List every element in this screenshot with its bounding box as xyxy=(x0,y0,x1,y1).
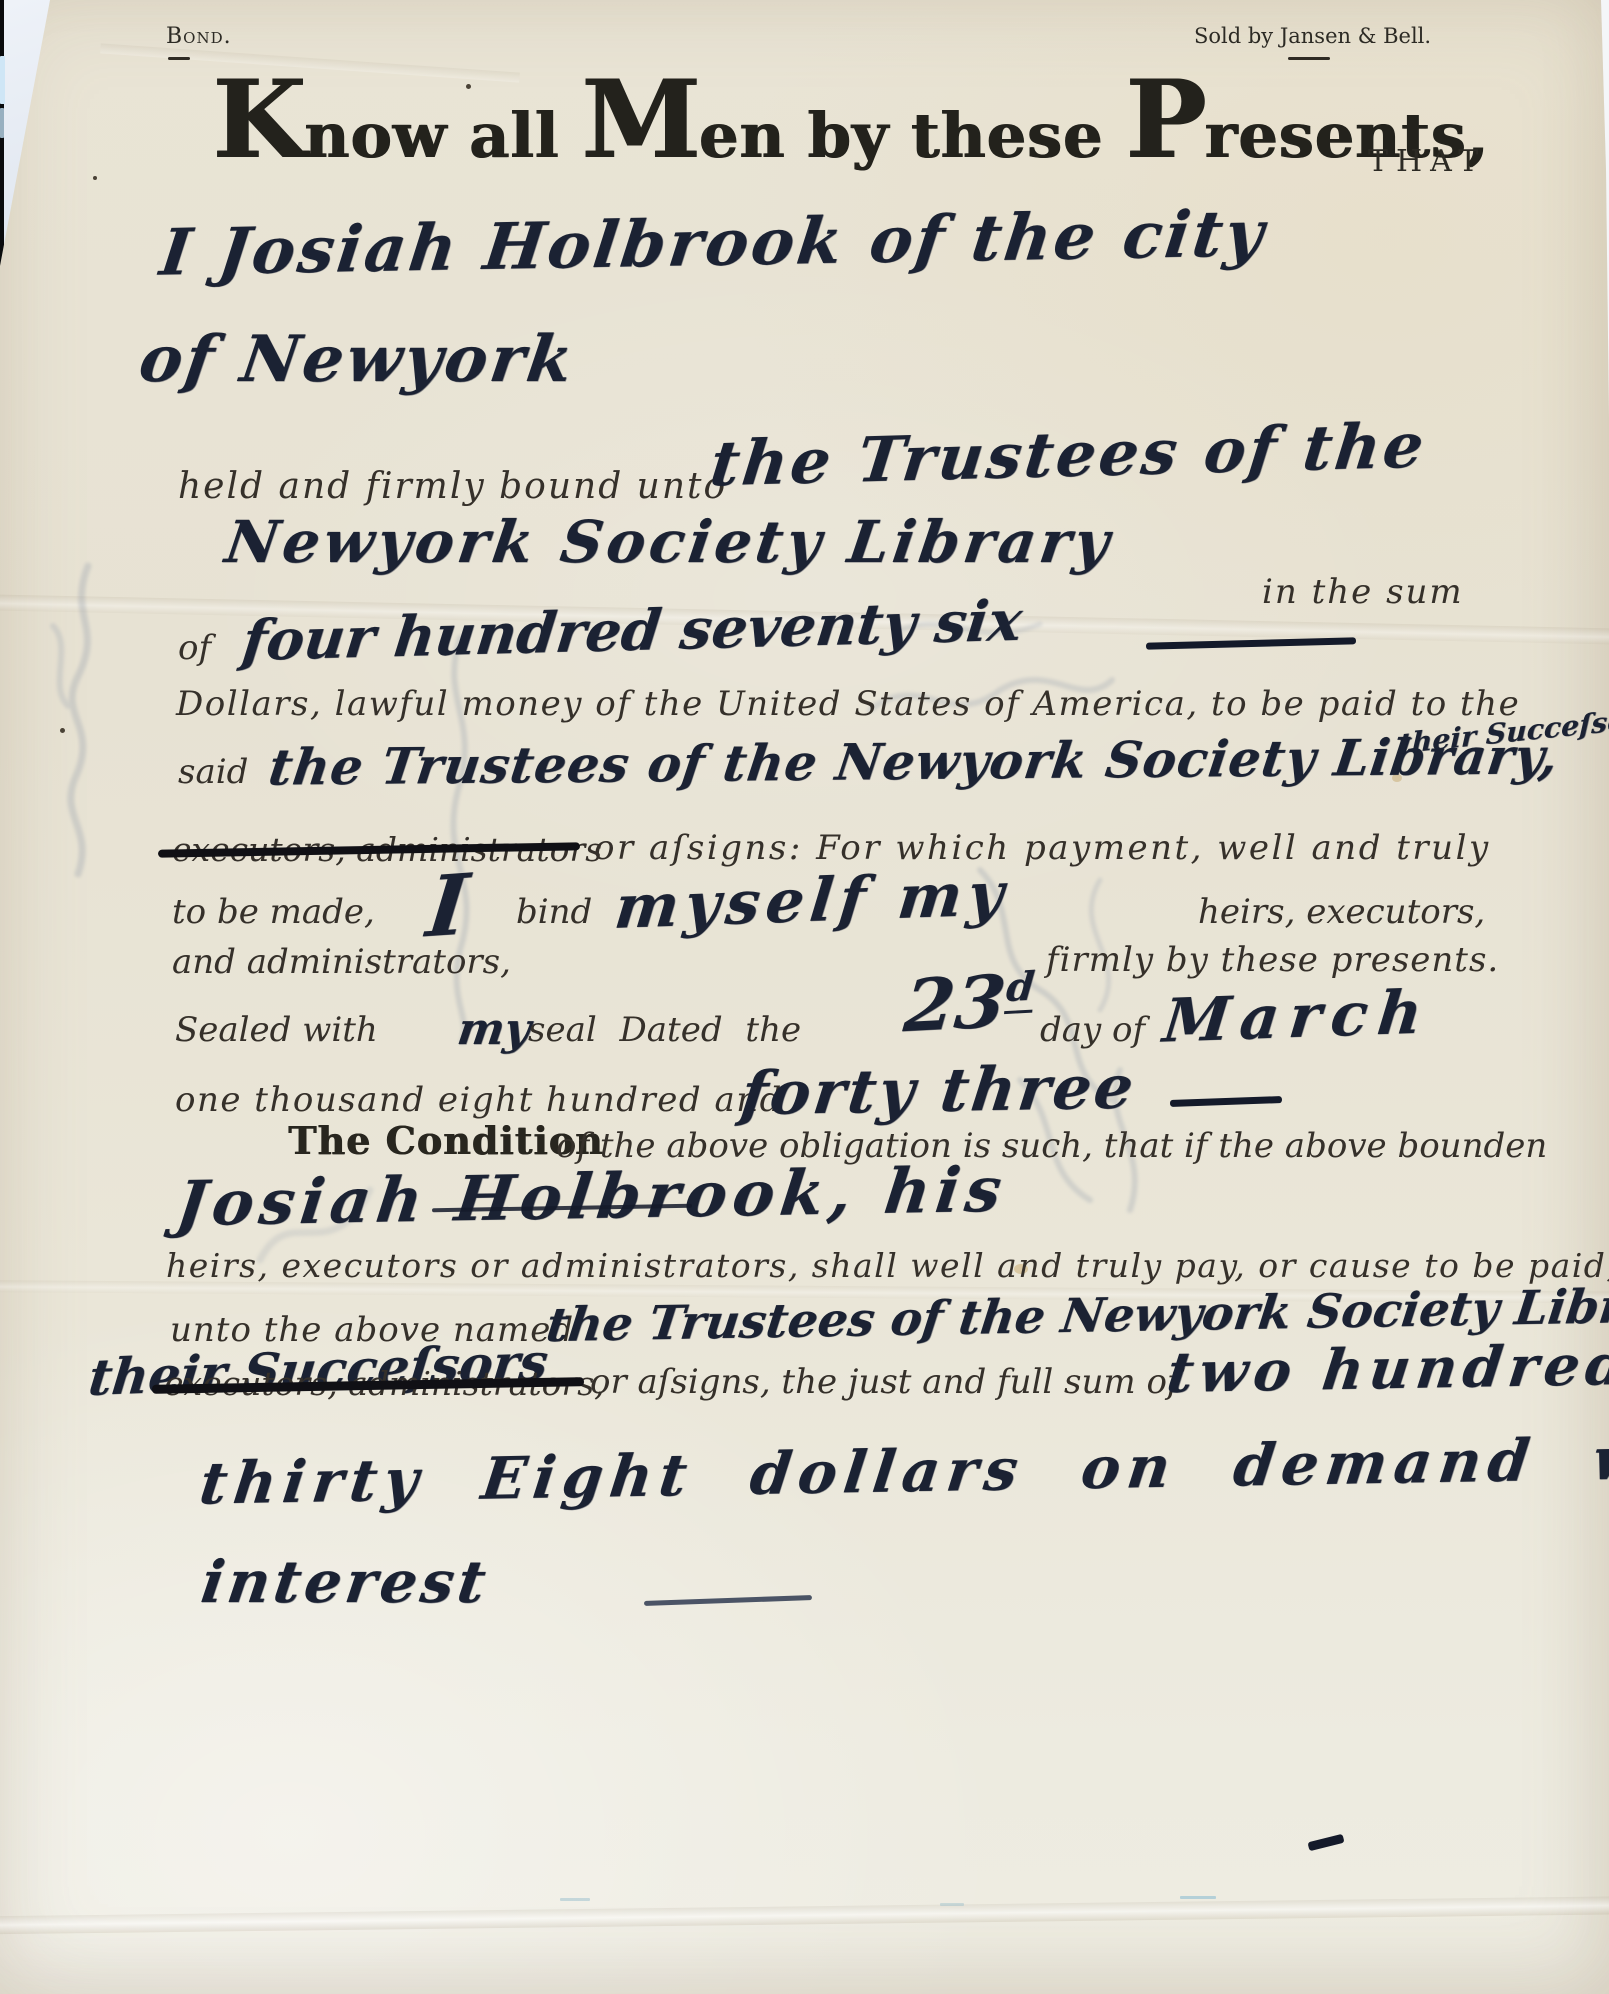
ink-dash xyxy=(1146,637,1356,649)
condition-heirs-clause: heirs, executors or administrators, shal… xyxy=(166,1246,1609,1285)
to-be-made-label: to be made, xyxy=(172,892,375,932)
scan-artifact xyxy=(1180,1896,1216,1899)
of-label: of xyxy=(178,628,211,668)
sum-hand-3: interest xyxy=(197,1548,493,1616)
bound-unto-label: held and firmly bound unto xyxy=(178,466,727,507)
condition-obligor-name: Josiah Holbrook, his xyxy=(173,1153,1012,1240)
scan-artifact xyxy=(560,1898,590,1901)
vendor-label: Sold by Jansen & Bell. xyxy=(1194,24,1431,48)
obligor-name-line: I Josiah Holbrook of the city xyxy=(156,196,1270,290)
sum-hand-1: two hundred xyxy=(1163,1332,1609,1406)
title-word: Know xyxy=(212,66,447,174)
scan-artifact xyxy=(0,56,5,104)
fold-crease xyxy=(0,1896,1609,1935)
year-hand: forty three xyxy=(737,1053,1140,1130)
assigns-clause: or aſsigns: For which payment, well and … xyxy=(594,828,1491,868)
and-administrators-label: and administrators, xyxy=(172,942,511,982)
bind-label: bind xyxy=(516,892,592,932)
seal-dated-label: seal Dated the xyxy=(528,1010,801,1050)
month-hand: March xyxy=(1160,977,1436,1056)
day-number-suffix: d xyxy=(1004,964,1036,1014)
said-label: said xyxy=(178,752,248,792)
firmly-label: firmly by these presents. xyxy=(1046,940,1499,980)
day-number: 23d xyxy=(901,957,1037,1049)
myself-my: myself my xyxy=(611,859,1012,943)
ornate-initial: M xyxy=(581,57,699,183)
sealed-with-label: Sealed with xyxy=(175,1010,378,1050)
sum-hand-2: thirty Eight dollars on demand with xyxy=(196,1422,1609,1517)
ink-dash xyxy=(1307,1834,1344,1851)
heirs-executors-label: heirs, executors, xyxy=(1198,892,1485,932)
scanned-bond-document: Bond. Sold by Jansen & Bell. Know all Me… xyxy=(0,0,1609,1994)
ink-dash xyxy=(644,1595,812,1606)
obligee-line-2: Newyork Society Library xyxy=(221,508,1117,576)
document-title: Know all Men by these Presents, xyxy=(212,66,1489,174)
scan-artifact xyxy=(0,108,4,138)
title-word: all xyxy=(469,99,559,172)
title-word: by xyxy=(807,99,888,172)
in-the-sum-label: in the sum xyxy=(1262,572,1464,612)
form-label: Bond. xyxy=(166,24,232,49)
payee-line: the Trustees of the Newyork Society Libr… xyxy=(265,726,1562,796)
day-of-label: day of xyxy=(1040,1010,1145,1050)
obligee-line-1: the Trustees of the xyxy=(707,409,1431,501)
dollars-clause: Dollars, lawful money of the United Stat… xyxy=(176,684,1520,724)
ink-dash xyxy=(1170,1096,1282,1107)
title-word: Men xyxy=(581,66,785,174)
bond-paper: Bond. Sold by Jansen & Bell. Know all Me… xyxy=(0,0,1609,1994)
assigns-sum-clause: or aſsigns, the just and full sum of xyxy=(590,1362,1180,1402)
my-hand: my xyxy=(454,1004,533,1055)
title-word-rest: now xyxy=(304,99,447,172)
form-label-underline xyxy=(168,57,190,60)
title-that: THAT xyxy=(1368,144,1486,179)
ornate-initial: P xyxy=(1125,57,1204,183)
ornate-initial: K xyxy=(212,57,304,183)
show-through-mark xyxy=(28,556,128,886)
scan-artifact xyxy=(940,1903,964,1906)
corner-shading xyxy=(1269,1434,1609,1994)
vendor-underline xyxy=(1288,57,1330,60)
paper-speck xyxy=(93,176,97,180)
year-printed: one thousand eight hundred and xyxy=(175,1080,783,1120)
obligor-city-line: of Newyork xyxy=(135,322,580,397)
paper-speck xyxy=(60,728,65,733)
title-word: these xyxy=(910,99,1103,172)
day-number-value: 23 xyxy=(901,958,1009,1048)
title-word-rest: en xyxy=(699,99,786,172)
